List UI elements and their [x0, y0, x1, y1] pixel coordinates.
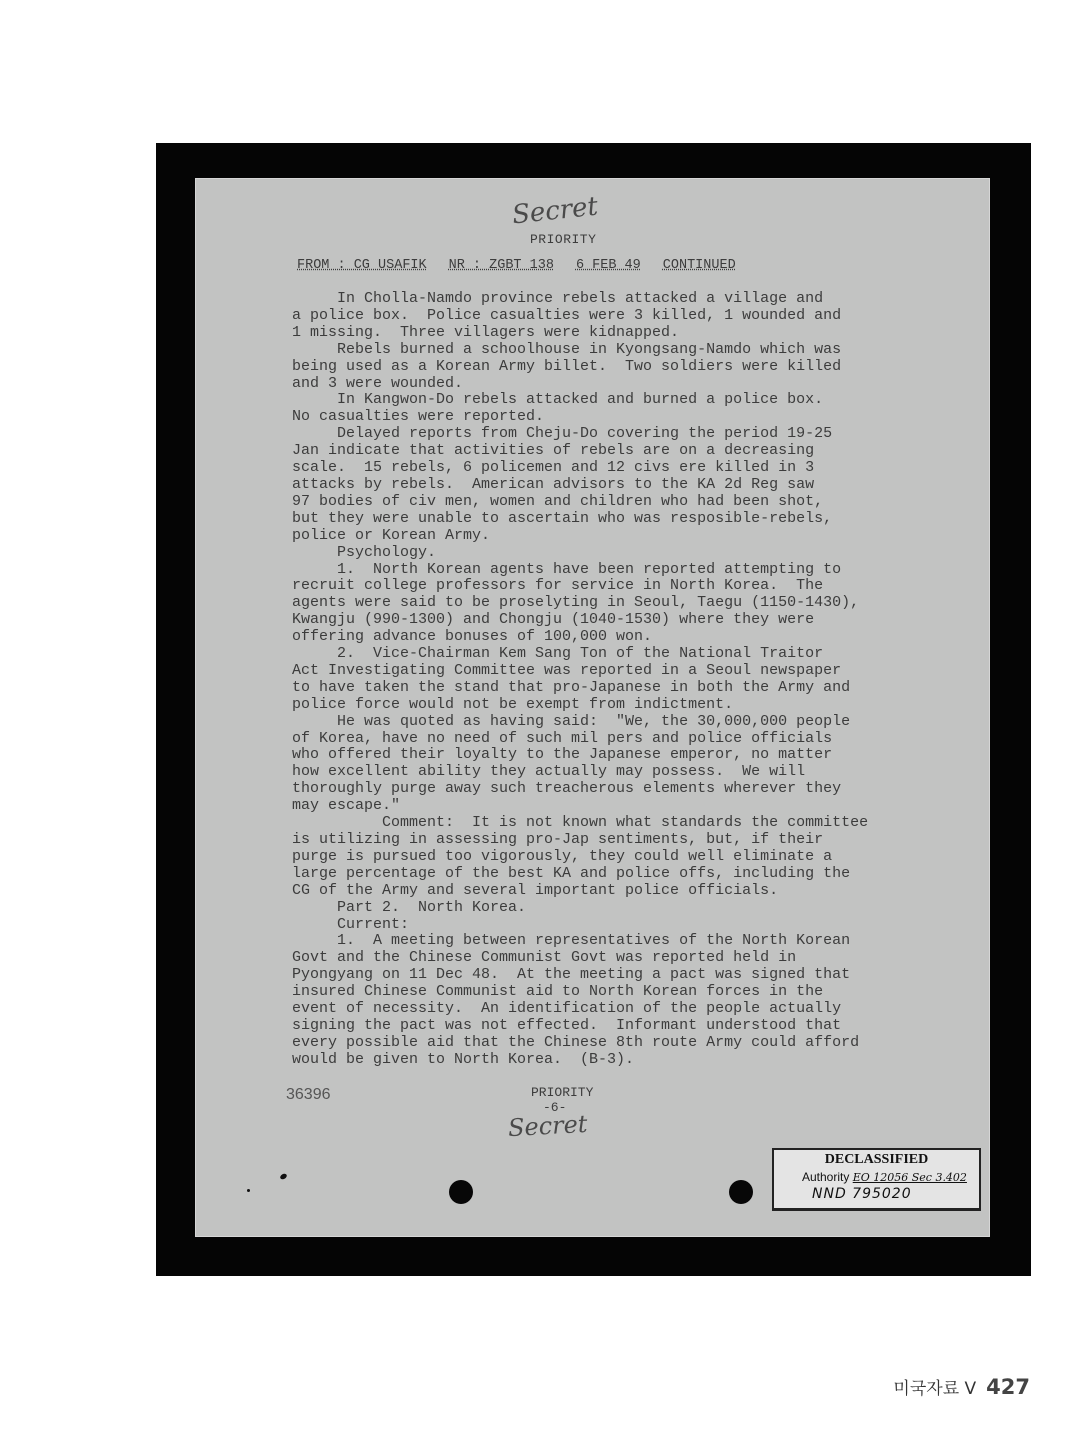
body-line: No casualties were reported. [292, 409, 932, 426]
message-body: In Cholla-Namdo province rebels attacked… [292, 291, 932, 1069]
body-line: who offered their loyalty to the Japanes… [292, 747, 932, 764]
section-title: 미국자료 V [893, 1379, 976, 1399]
body-line: Rebels burned a schoolhouse in Kyongsang… [292, 342, 932, 359]
message-header: FROM : CG USAFIKNR : ZGBT 1386 FEB 49CON… [297, 258, 758, 273]
body-line: Jan indicate that activities of rebels a… [292, 443, 932, 460]
body-line: to have taken the stand that pro-Japanes… [292, 680, 932, 697]
body-line: 1. North Korean agents have been reporte… [292, 562, 932, 579]
handwritten-secret-bottom: Secret [507, 1110, 588, 1142]
body-line: police or Korean Army. [292, 528, 932, 545]
body-line: Kwangju (990-1300) and Chongju (1040-153… [292, 612, 932, 629]
stamp-nnd: NND 795020 [812, 1186, 912, 1202]
declassified-stamp: DECLASSIFIED Authority EO 12056 Sec 3.40… [772, 1148, 981, 1211]
body-line: Govt and the Chinese Communist Govt was … [292, 950, 932, 967]
body-line: is utilizing in assessing pro-Jap sentim… [292, 832, 932, 849]
body-line: Comment: It is not known what standards … [292, 815, 932, 832]
body-line: In Kangwon-Do rebels attacked and burned… [292, 392, 932, 409]
body-line: scale. 15 rebels, 6 policemen and 12 civ… [292, 460, 932, 477]
ink-speck [247, 1189, 250, 1192]
body-line: In Cholla-Namdo province rebels attacked… [292, 291, 932, 308]
punch-hole-left [449, 1180, 473, 1204]
body-line: insured Chinese Communist aid to North K… [292, 984, 932, 1001]
page-footer: 미국자료 V427 [893, 1374, 1030, 1399]
body-line: may escape." [292, 798, 932, 815]
authority-label: Authority [802, 1170, 849, 1184]
body-line: signing the pact was not effected. Infor… [292, 1018, 932, 1035]
body-line: 1. A meeting between representatives of … [292, 933, 932, 950]
body-line: large percentage of the best KA and poli… [292, 866, 932, 883]
document-number: 36396 [286, 1086, 331, 1104]
body-line: Psychology. [292, 545, 932, 562]
body-line: 2. Vice-Chairman Kem Sang Ton of the Nat… [292, 646, 932, 663]
body-line: attacks by rebels. American advisors to … [292, 477, 932, 494]
body-line: every possible aid that the Chinese 8th … [292, 1035, 932, 1052]
punch-hole-right [729, 1180, 753, 1204]
body-line: Pyongyang on 11 Dec 48. At the meeting a… [292, 967, 932, 984]
body-line: and 3 were wounded. [292, 376, 932, 393]
body-line: being used as a Korean Army billet. Two … [292, 359, 932, 376]
body-line: purge is pursued too vigorously, they co… [292, 849, 932, 866]
body-line: 1 missing. Three villagers were kidnappe… [292, 325, 932, 342]
body-line: police force would not be exempt from in… [292, 697, 932, 714]
body-line: Current: [292, 917, 932, 934]
body-line: event of necessity. An identification of… [292, 1001, 932, 1018]
priority-label-bottom: PRIORITY [531, 1085, 593, 1100]
priority-label-top: PRIORITY [530, 232, 596, 247]
body-line: a police box. Police casualties were 3 k… [292, 308, 932, 325]
body-line: how excellent ability they actually may … [292, 764, 932, 781]
authority-value: EO 12056 Sec 3.402 [853, 1171, 967, 1184]
body-line: recruit college professors for service i… [292, 578, 932, 595]
body-line: He was quoted as having said: "We, the 3… [292, 714, 932, 731]
body-line: CG of the Army and several important pol… [292, 883, 932, 900]
body-line: agents were said to be proselyting in Se… [292, 595, 932, 612]
body-line: 97 bodies of civ men, women and children… [292, 494, 932, 511]
continued-field: CONTINUED [663, 258, 736, 273]
nr-field: NR : ZGBT 138 [449, 258, 554, 273]
body-line: Act Investigating Committee was reported… [292, 663, 932, 680]
stamp-authority: Authority EO 12056 Sec 3.402 [802, 1170, 967, 1184]
stamp-title: DECLASSIFIED [774, 1152, 979, 1168]
body-line: Part 2. North Korea. [292, 900, 932, 917]
body-line: thoroughly purge away such treacherous e… [292, 781, 932, 798]
body-line: offering advance bonuses of 100,000 won. [292, 629, 932, 646]
date-field: 6 FEB 49 [576, 258, 641, 273]
body-line: of Korea, have no need of such mil pers … [292, 731, 932, 748]
body-line: would be given to North Korea. (B-3). [292, 1052, 932, 1069]
from-field: FROM : CG USAFIK [297, 258, 427, 273]
body-line: but they were unable to ascertain who wa… [292, 511, 932, 528]
page-number: 427 [986, 1375, 1030, 1399]
body-line: Delayed reports from Cheju-Do covering t… [292, 426, 932, 443]
